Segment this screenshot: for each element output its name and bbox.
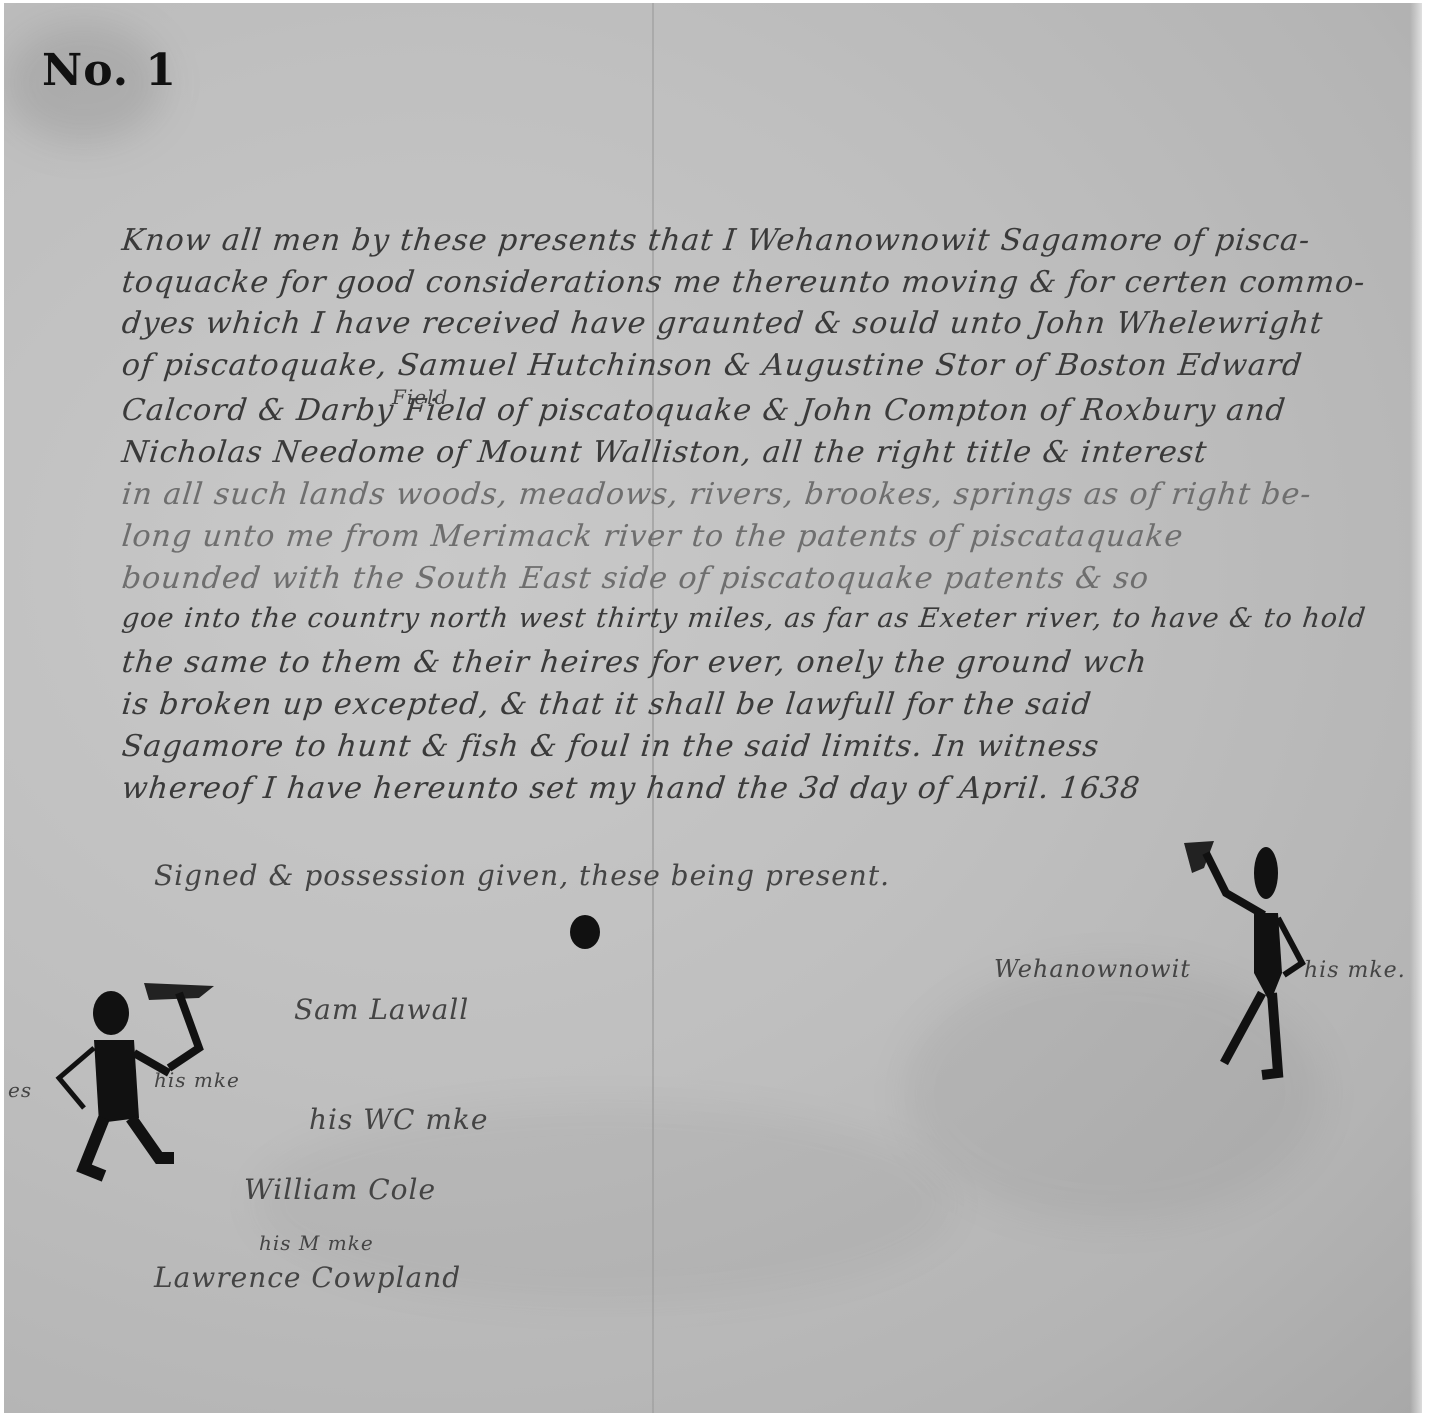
- body-line-12: is broken up excepted, & that it shall b…: [120, 687, 1093, 722]
- manuscript-page: No. 1 Know all men by these presents tha…: [4, 3, 1422, 1413]
- margin-fragment: es: [8, 1078, 32, 1102]
- body-line-11: the same to them & their heires for ever…: [120, 645, 1149, 680]
- witness-2-name: William Cole: [244, 1173, 436, 1206]
- body-line-5: Calcord & Darby Field of piscatoquake & …: [120, 393, 1288, 428]
- body-line-14: whereof I have hereunto set my hand the …: [120, 771, 1142, 806]
- body-line-1: Know all men by these presents that I We…: [120, 223, 1312, 258]
- body-line-3: dyes which I have received have graunted…: [120, 306, 1325, 341]
- body-line-4: of piscatoquake, Samuel Hutchinson & Aug…: [120, 348, 1304, 383]
- body-line-13: Sagamore to hunt & fish & foul in the sa…: [120, 729, 1101, 764]
- witness-3-mark: his M mke: [259, 1231, 374, 1255]
- ink-blot: [570, 915, 600, 949]
- body-line-9: bounded with the South East side of pisc…: [120, 561, 1151, 596]
- document-number: No. 1: [42, 45, 177, 96]
- body-line-2: toquacke for good considerations me ther…: [120, 265, 1367, 300]
- body-line-7: in all such lands woods, meadows, rivers…: [120, 477, 1313, 512]
- signed-possession-line: Signed & possession given, these being p…: [154, 859, 890, 892]
- torn-edge: [1410, 3, 1422, 1413]
- body-line-6: Nicholas Needome of Mount Walliston, all…: [120, 435, 1209, 470]
- grantor-pictograph-figure-icon: [1174, 823, 1314, 1083]
- body-line-10: goe into the country north west thirty m…: [120, 603, 1367, 634]
- witness-1-name: Sam Lawall: [294, 993, 469, 1026]
- body-line-8: long unto me from Merimack river to the …: [120, 519, 1185, 554]
- witness-2-mark: his WC mke: [309, 1103, 488, 1136]
- grantor-signature: Wehanownowit: [994, 955, 1191, 983]
- grantor-mark-label: his mke.: [1304, 958, 1406, 983]
- witness-3-name: Lawrence Cowpland: [154, 1261, 461, 1294]
- witness-1-mark: his mke: [154, 1068, 240, 1092]
